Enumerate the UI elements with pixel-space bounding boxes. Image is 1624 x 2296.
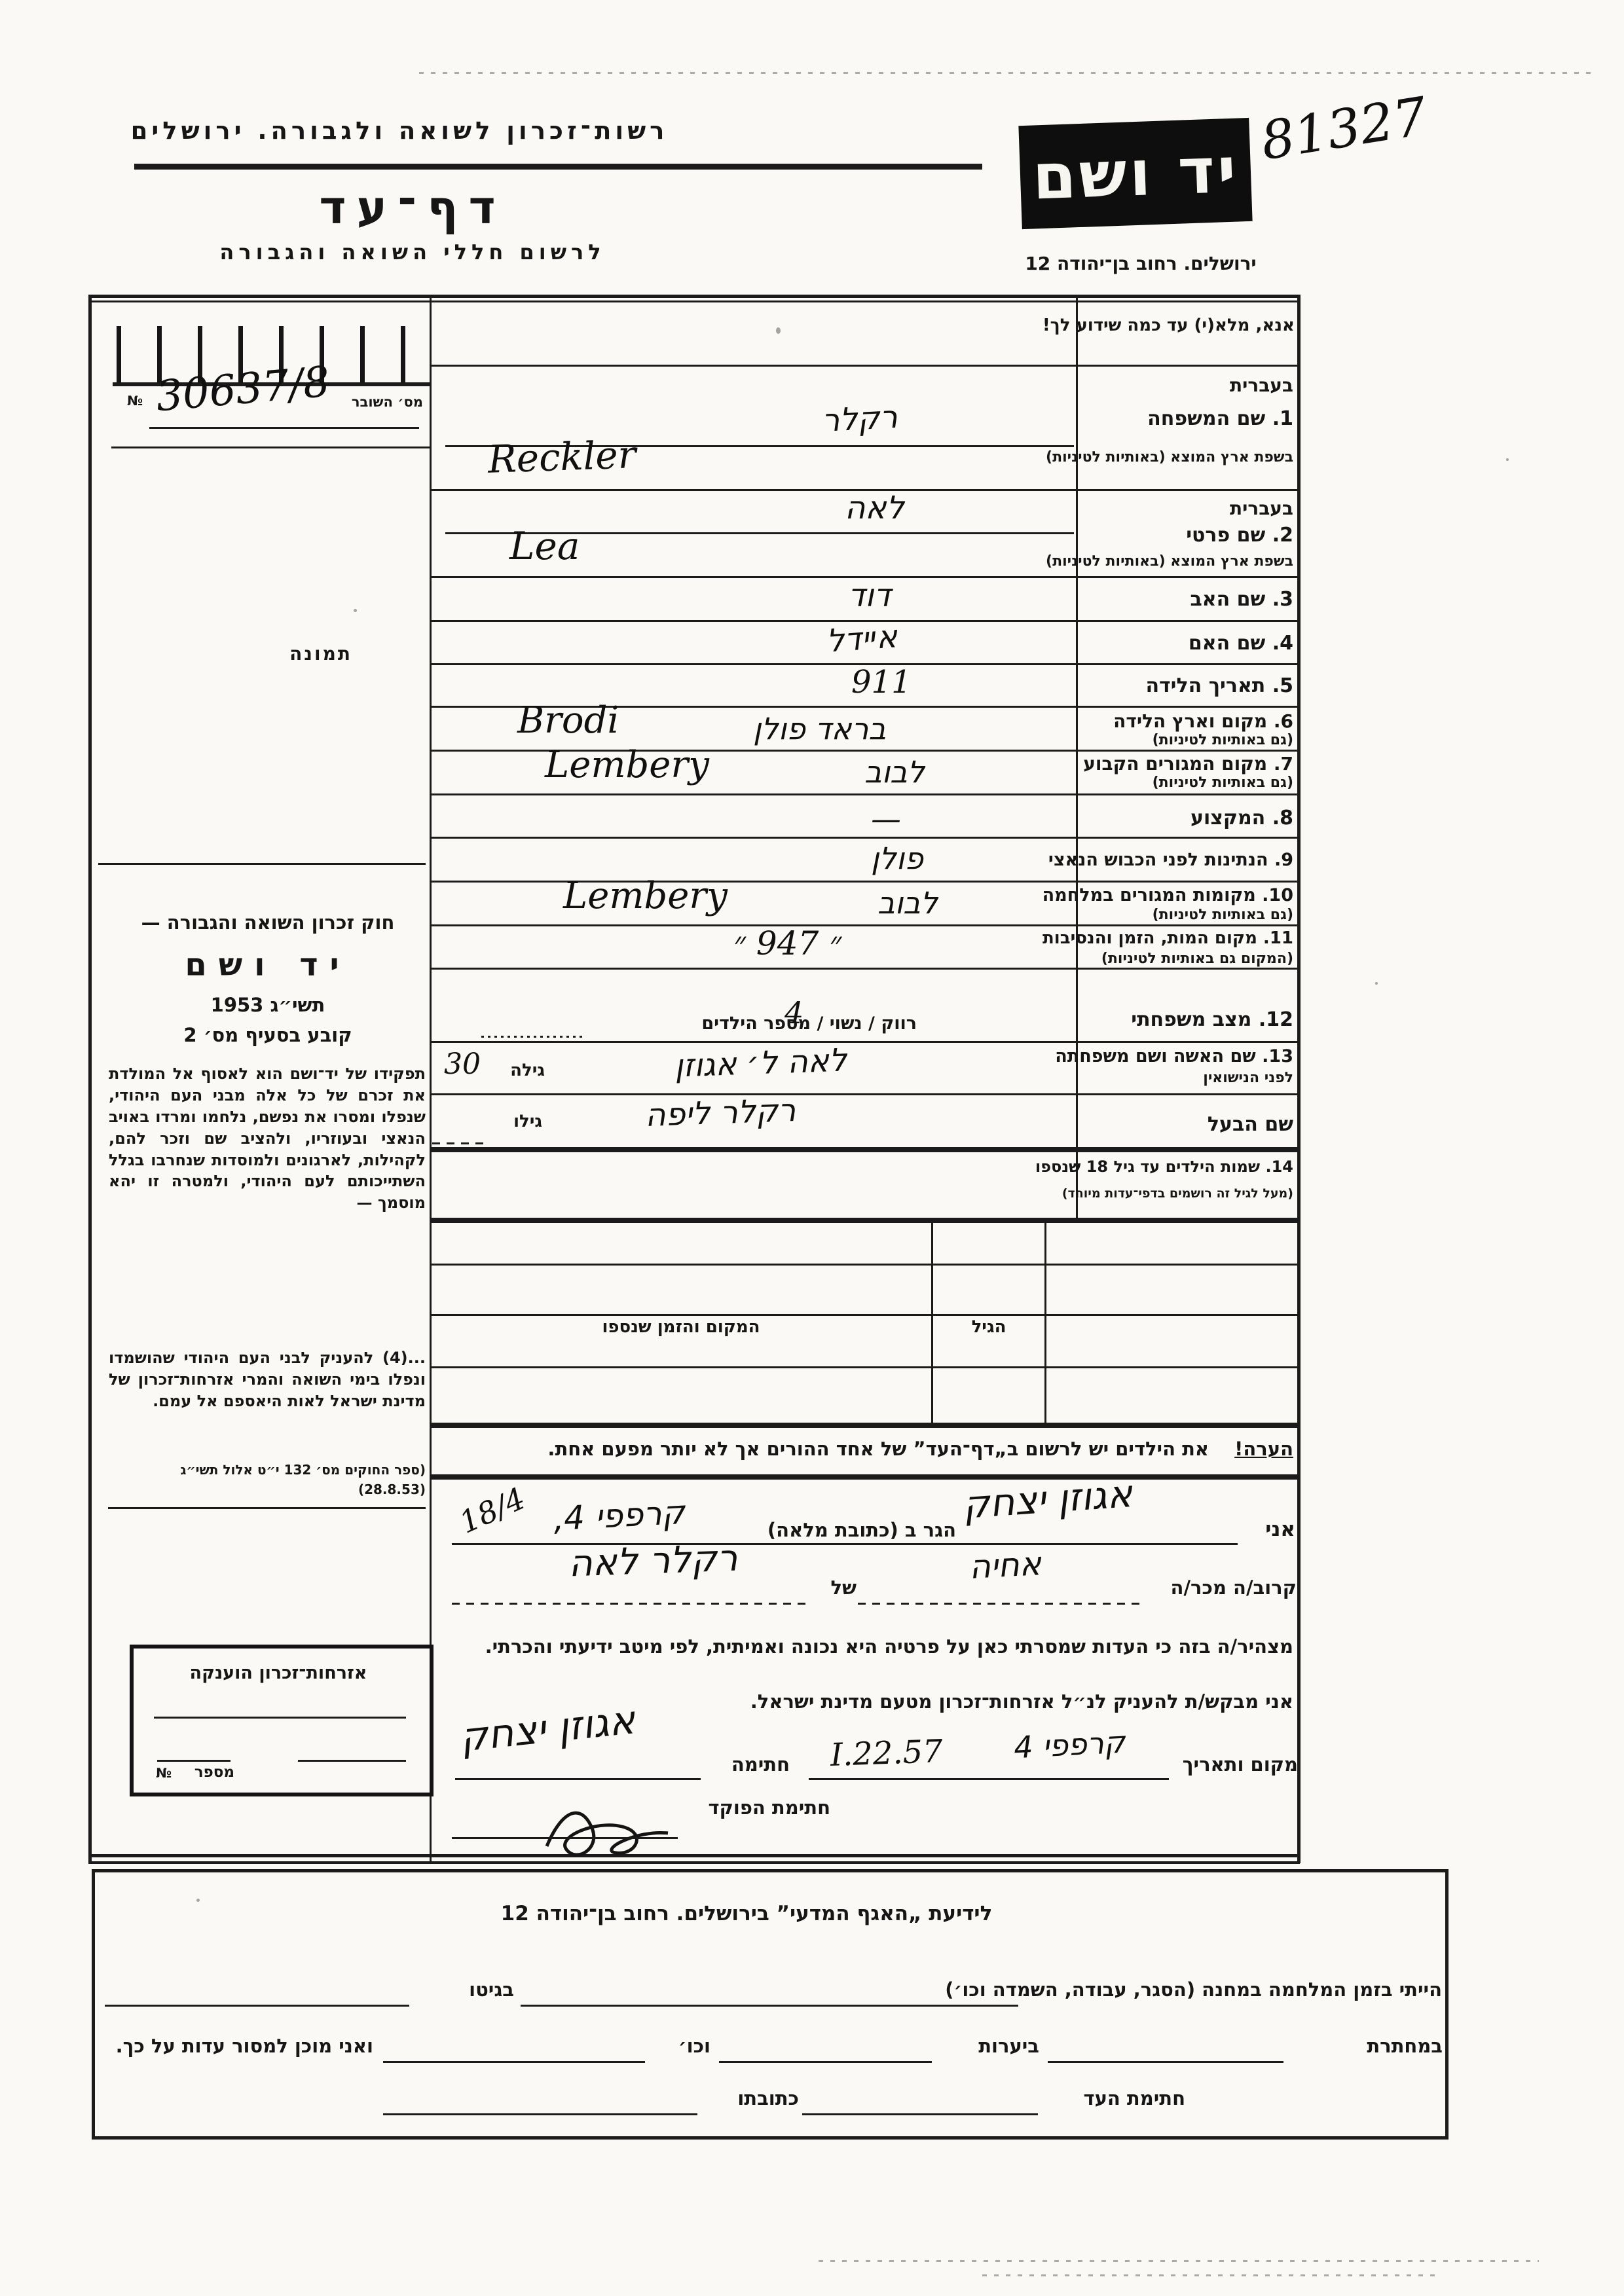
family-name-latin-hw: Reckler: [487, 432, 637, 482]
field4-label: 4. שם האם: [1087, 632, 1293, 655]
declaration-request: אני מבקש/ת להעניק לנ״ל אזרחות־זכרון מטעם…: [648, 1690, 1293, 1713]
wife-age-hw: 30: [444, 1048, 481, 1081]
yad-vashem-logo-stamp: יד ושם: [1018, 118, 1252, 229]
registrar-signature-scribble: [537, 1794, 688, 1872]
footer-line3-rule-a: [802, 2113, 1038, 2115]
field7-label: 7. מקום המגורים הקבוע: [1087, 753, 1293, 774]
serial-number-sign: №: [117, 393, 143, 409]
law-text2: ‏...(4) להעניק לבני העם היהודי שהושמדו ו…: [109, 1347, 426, 1412]
birth-place-latin-hw: Brodi: [517, 699, 619, 742]
field2-lang: בעברית: [1087, 498, 1293, 519]
form-subtitle: לרשום חללי השואה והגבורה: [216, 240, 609, 264]
footer-line1-rule-b: [105, 2005, 409, 2007]
declarant-signature-hw: אגוזן יצחק: [458, 1697, 637, 1761]
field3-label: 3. שם האב: [1087, 588, 1293, 611]
bottom-box-left: [92, 1869, 95, 2140]
value-line: [430, 793, 1300, 795]
family-name-hebrew-hw: רקלר: [821, 399, 898, 439]
relation-label: קרוב/ה מכר/ה: [1149, 1576, 1297, 1599]
father-name-hw: דוד: [848, 577, 891, 614]
registrar-signature-label: חתימת הפוקד: [680, 1796, 830, 1819]
declaration-statement: מצהיר/ה בזה כי העדות שמסרתי כאן על פרטיה…: [452, 1635, 1293, 1658]
table-row-line: [430, 1314, 1300, 1316]
stamp-inner-rule3: [298, 1760, 406, 1762]
field7-sublabel: (גם באותיות לטיניות): [1087, 774, 1293, 791]
birth-place-hebrew-hw: בראד פולן: [753, 711, 886, 746]
scan-noise-bottom2: [982, 2274, 1441, 2276]
children-note-text: את הילדים יש לרשום ב„דף־העד” של אחד ההור…: [547, 1438, 1209, 1460]
form-border-bottom2: [88, 1861, 1300, 1864]
law-text: תפקידו של יד־ושם הוא לאסוף אל המולדת את …: [109, 1063, 426, 1214]
relation-dotted-rule: [858, 1603, 1146, 1605]
bottom-box-bottom: [92, 2136, 1449, 2140]
footer-line2-rule-b: [719, 2061, 932, 2063]
bottom-box-right: [1445, 1869, 1449, 2140]
field6-label: 6. מקום וארץ הלידה: [1087, 710, 1293, 732]
speck: [196, 1899, 200, 1902]
signature-label: חתימה: [705, 1753, 790, 1776]
footer-ready-label: ואני מוכן למסור עדות על כך.: [98, 2035, 373, 2057]
value-line: [430, 881, 1300, 883]
footer-witness-signature-label: חתימת העד: [1048, 2087, 1185, 2109]
birth-date-hw: 911: [851, 664, 912, 701]
children-note: הערה! את הילדים יש לרשום ב„דף־העד” של אח…: [439, 1438, 1293, 1460]
war-residence-latin-hw: Lembery: [563, 875, 728, 917]
value-line: [430, 968, 1300, 970]
footer-forests-label: ביערות: [941, 2035, 1039, 2057]
husband-age-label: גילו: [490, 1112, 542, 1131]
death-place-time-hw: ״ 947 ״: [733, 924, 841, 962]
registrar-signature-rule: [452, 1837, 678, 1839]
form-title: דף־עד: [236, 181, 589, 234]
field11-label: 11. מקום המות, הזמן והנסיבות: [1077, 928, 1293, 948]
war-residence-hebrew-hw: לבוב: [877, 885, 938, 920]
table-bottom-rule: [430, 1423, 1300, 1428]
form-border-top: [88, 295, 1300, 298]
law-intro: חוק זכרון השואה והגבורה —: [110, 911, 426, 934]
value-line: [430, 1041, 1300, 1043]
footer-etc-label: וכו׳: [655, 2035, 710, 2057]
law-year: תשי״ג 1953: [110, 994, 426, 1016]
value-line: [430, 924, 1300, 926]
scan-noise-top: [419, 72, 1598, 74]
field1-label: 1. שם המשפחה: [1087, 407, 1293, 430]
form-border-bottom: [88, 1854, 1300, 1857]
header-underline: [134, 164, 982, 170]
footer-line1-label: הייתי בזמן המלחמה במחנה (הסגר, עבודה, הש…: [720, 1978, 1442, 2001]
label-column-divider: [1076, 295, 1078, 1218]
declaration-of: של: [817, 1576, 857, 1599]
date-hw: I.22.57: [830, 1733, 943, 1774]
relation-hw: אחיה: [969, 1544, 1043, 1586]
note-bottom-rule: [430, 1474, 1300, 1480]
field13-sublabel: לפני הנישואין: [1087, 1070, 1293, 1086]
field12-label: 12. מצב משפחתי: [1087, 1008, 1293, 1031]
footer-underground-label: במחתרת: [1295, 2035, 1443, 2057]
office-address: ירושלים. רחוב בן־יהודה 12: [1016, 253, 1265, 274]
victim-name-hw: רקלר לאה: [568, 1537, 739, 1586]
field5-label: 5. תאריך הלידה: [1087, 674, 1293, 697]
field8-label: 8. המקצוע: [1087, 807, 1293, 829]
stamp-number-sign: №: [145, 1765, 172, 1781]
footer-witness-address-label: כתובתו: [707, 2087, 799, 2109]
footer-line2-rule-c: [383, 2061, 645, 2063]
speck: [1375, 982, 1378, 985]
section-rule: [430, 1147, 1300, 1152]
declaration-resides: הגר ב (כתובת מלאה): [710, 1519, 956, 1541]
fill-instruction: אנא, מלא(י) עד כמה שידוע לך!: [1080, 316, 1295, 335]
declaration-i: אני: [1243, 1518, 1295, 1541]
wife-maiden-name-hw: לאה ל׳ אגוזן: [674, 1042, 847, 1084]
mother-name-hw: אײדל: [825, 618, 898, 659]
serial-underline: [149, 427, 419, 429]
speck: [354, 609, 357, 612]
husband-name-hw: רקלר ליפה: [644, 1092, 796, 1134]
residence-hebrew-hw: לבוב: [864, 754, 925, 790]
serial-row-rule: [111, 446, 430, 448]
marital-status-options: רווק / נשוי / מספר הילדים: [589, 1013, 917, 1034]
authority-header: רשות־זכרון לשואה ולגבורה. ירושלים: [105, 117, 694, 145]
stamp-inner-rule2: [157, 1760, 231, 1762]
table-top-rule: [430, 1218, 1300, 1223]
victim-dotted-rule: [452, 1603, 809, 1605]
scan-noise-bottom: [819, 2260, 1539, 2262]
wife-age-label: גילה: [492, 1061, 545, 1080]
place-date-rule: [809, 1778, 1169, 1780]
table-col-place-header: המקום והזמן שנספו: [576, 1317, 786, 1337]
footer-line1-rule-a: [521, 2005, 1018, 2007]
field14-sublabel: (מעל לגיל זה רושמים בדפי־עדות מיוחד): [1071, 1186, 1293, 1201]
law-bottom-rule: [108, 1507, 426, 1509]
first-name-hebrew-hw: לאה: [845, 490, 904, 526]
table-divider-place-age: [931, 1218, 933, 1425]
field10-sublabel: (גם באותיות לטיניות): [1087, 907, 1293, 923]
husband-label: שם הבעל: [1087, 1113, 1293, 1136]
field6-sublabel: (גם באותיות לטיניות): [1087, 732, 1293, 748]
form-border-right: [1297, 295, 1301, 1863]
law-source: (ספר החוקים מס׳ 132 י״ט אלול תשי״ג (28.8…: [109, 1460, 426, 1499]
speck: [776, 327, 781, 334]
declarant-address-hw: קרפפי 4,: [553, 1493, 686, 1538]
place-date-label: מקום ותאריך: [1173, 1753, 1298, 1776]
stamp-number-label: מספר: [175, 1764, 234, 1781]
children-count-hw: 4: [784, 995, 803, 1030]
field14-label: 14. שמות הילדים עד גיל 18 שנספו: [1071, 1157, 1293, 1176]
field10-label: 10. מקומות המגורים במלחמה: [1080, 885, 1293, 905]
footer-ghetto-label: בגיטו: [419, 1978, 514, 2001]
left-column-divider: [430, 295, 432, 1861]
children-note-title: הערה!: [1234, 1438, 1293, 1460]
law-name: יד ושם: [110, 947, 426, 983]
instruction-rule: [430, 365, 1300, 367]
place-hw: קרפפי 4: [1013, 1724, 1126, 1766]
value-line: [430, 1093, 1300, 1095]
field9-label: 9. הנתינות לפני הכבוש הנאצי: [1080, 850, 1293, 870]
photo-label: תמונה: [274, 643, 352, 665]
serial-number-label: מס׳ השובר: [338, 394, 423, 410]
form-border-top2: [88, 301, 1300, 302]
residence-latin-hw: Lembery: [545, 744, 709, 786]
field2-sublabel: בשפת ארץ המוצא (באותיות לטיניות): [1067, 553, 1293, 570]
footer-line3-rule-b: [383, 2113, 697, 2115]
marital-dotted-leader: [481, 1036, 586, 1038]
field2-label: 2. שם פרטי: [1087, 524, 1293, 547]
file-number-handwritten: 81327: [1257, 86, 1431, 172]
first-name-latin-hw: Lea: [509, 524, 580, 568]
signature-rule: [455, 1778, 701, 1780]
field1-sublabel: בשפת ארץ המוצא (באותיות לטיניות): [1067, 449, 1293, 465]
testimony-page-scan: רשות־זכרון לשואה ולגבורה. ירושלים דף־עד …: [0, 0, 1624, 2296]
speck: [1506, 458, 1509, 461]
bottom-box-top: [92, 1869, 1449, 1872]
table-divider-age-names: [1044, 1218, 1046, 1425]
value-line: [430, 837, 1300, 839]
footer-line2-rule-a: [1048, 2061, 1283, 2063]
declarant-address2-hw: 18/4: [454, 1480, 530, 1540]
table-row-line: [430, 1264, 1300, 1266]
field1-lang: בעברית: [1087, 374, 1293, 396]
citizenship-hw: פולן: [871, 841, 923, 876]
field11-sublabel: (המקום גם באותיות לטיניות): [1084, 951, 1293, 967]
citizenship-stamp-title: אזרחות־זכרון הוענקה: [138, 1663, 419, 1683]
profession-dash-hw: —: [871, 801, 901, 837]
table-row-line: [430, 1366, 1300, 1368]
left-box-bottom-rule: [98, 863, 426, 865]
table-col-age-header: הגיל: [936, 1317, 1041, 1337]
footer-header: לידיעת „האגף המדעי” בירושלים. רחוב בן־יה…: [419, 1902, 1074, 1925]
form-border-left: [88, 295, 92, 1863]
law-clause: קובע בסעיף מס׳ 2: [110, 1024, 426, 1046]
stamp-inner-rule: [154, 1717, 406, 1719]
field13-label: 13. שם האשה ושם משפחתה: [1077, 1046, 1293, 1066]
husband-age-dotted-line: [432, 1142, 488, 1144]
